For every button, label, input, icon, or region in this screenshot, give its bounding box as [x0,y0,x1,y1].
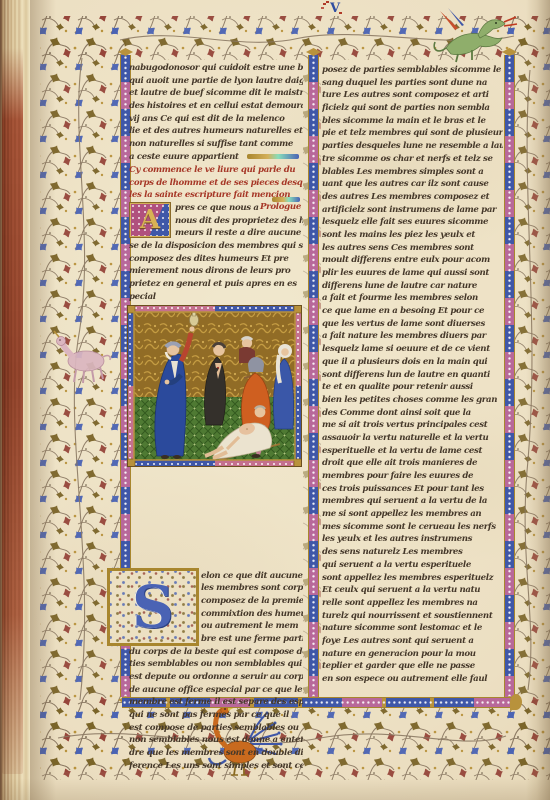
text-line: turelz qui nourrissent et soustiennent [322,610,503,623]
text-line: te et en qualite pour retenir aussi [322,381,503,394]
text-line: composez de la premiere [201,595,303,608]
prologue: Prologue A pres ce que nous anous dit de… [129,202,303,304]
page-right-edge [526,0,550,800]
text-line: les membres sont corps [201,582,303,595]
text-line: prietez en general et puis apres en es [129,278,303,291]
text-line: sont appellez les membres esperituelz [322,572,503,585]
text-line: lie et des autres humeurs naturelles et [129,125,303,138]
text-line: que les vertus de lame sont diuerses [322,318,503,331]
text-line: pecial [129,291,303,304]
text-line: qui ne sont pas fermes par ce que il [129,709,303,722]
text-line: qui auoit une partie de lyon lautre daig… [129,75,303,88]
prologue-label: Prologue [260,202,301,212]
illuminated-initial-s: S [107,568,199,646]
text-line: ficielz qui sont de parties non sembla [322,102,503,115]
text-line: non naturelles si suffise tant comme [129,138,303,151]
text-line: bien les petites choses comme les gran [322,394,503,407]
text-line: a fait nature les membres diuers par [322,330,503,343]
text-line: blables Les membres simples sont a [322,166,503,179]
text-line: teplier et garder que elle ne passe [322,660,503,673]
line-filler [247,154,299,159]
text-line: membres qui seruent a la vertu de la [322,495,503,508]
text-line: dre que les membres sont en double dif [129,747,303,760]
text-line: se de la disposicion des membres qui son… [129,240,303,253]
text-line: assauoir la vertu naturelle et la vertu [322,432,503,445]
miniature-art [127,305,302,467]
text-line: relle sont appellez les membres na [322,597,503,610]
book-spine-edges [0,0,30,800]
initial-letter: S [132,573,174,641]
text-line: nabugodonosor qui cuidoit estre une best… [129,62,303,75]
folio-flourish [323,3,326,5]
text-line: meurs il reste a dire aucune cho [175,227,303,240]
text-line: les autres sens Ces membres sont [322,242,503,255]
text-line: ces trois puissances Et pour tant les [322,483,503,496]
text-line: lesquelz elle fait ses euures sicomme [322,216,503,229]
text-line: bles sicomme la main et le bras et le [322,115,503,128]
text-line: en son espece ou autrement elle faul [322,673,503,686]
text-line: sang duquel les parties sont dune na [322,77,503,90]
text-line: me si sont appellez les membres an [322,508,503,521]
text-line: ture Les autres sont composez et arti [322,89,503,102]
text-line: nature sicomme sont lestomac et le [322,622,503,635]
text-line: Cy commence le ve liure qui parle du [129,164,303,177]
text-line: Et ceulx qui seruent a la vertu natu [322,584,503,597]
text-line: moult differens entre eulx pour acom [322,254,503,267]
selon-section: S elon ce que dit aucuneles membres sont… [129,570,303,773]
text-line: membre est ferme il est separe des espri… [129,696,303,709]
text-line: me si ait trois vertus principales cest [322,419,503,432]
text-line: que il a plusieurs dois en la main qui [322,356,503,369]
text-line: foye Les autres sont qui seruent a [322,635,503,648]
text-line: de aucune office especial par ce que le [129,684,303,697]
miniature [127,305,302,467]
text-line: differens lune de lautre car nature [322,280,503,293]
text-line: non semblables nous est donne a enten [129,734,303,747]
text-line: lesquelz lame si oeuure et de ce vient [322,343,503,356]
text-line: ference Les uns sont simples et sont co [129,760,303,773]
text-line: est compose de parties semblables ou [129,722,303,735]
text-line: des sens naturelz Les membres [322,546,503,559]
illuminated-initial-a: A [129,202,175,240]
text-line: tre sicomme os char et nerfs et telz se [322,153,503,166]
paragraph-beast: nabugodonosor qui cuidoit estre une best… [129,62,303,164]
text-line: vij ans Ce qui est dit de la melenco [129,113,303,126]
text-line: uant que les autres car ilz sont cause [322,178,503,191]
text-line: elon ce que dit aucune [201,570,303,583]
folio-mark: V [330,1,341,16]
text-line: ties semblables ou non semblables qui [129,658,303,671]
text-line: des Comme dont ainsi soit que la [322,407,503,420]
gutter-shadow [30,0,56,800]
text-line: du corps de la beste qui est compose de … [129,646,303,659]
text-line: nature en generacion pour la mou [322,648,503,661]
initial-letter: A [140,205,160,235]
text-line: nous dit des proprietez des hu [175,215,303,228]
text-line: des autres Les membres composez et [322,191,503,204]
text-line: commixtion des humeurs [201,608,303,621]
text-line: pie et telz membres qui sont de plusieur… [322,127,503,140]
text-column-right: posez de parties semblables sicomme lesa… [322,64,503,686]
text-line: sont les mains les piez les yeulx et [322,229,503,242]
bar-center [308,55,319,697]
text-line: ou autrement le mem [201,620,303,633]
text-line: bre est une ferme partie [201,633,303,646]
page-bottom-shade [0,778,550,800]
text-line: corps de lhomme et de ses pieces desque [129,177,303,190]
text-line: composez des dites humeurs Et pre [129,253,303,266]
text-line: membres pour faire les euures de [322,470,503,483]
text-line: posez de parties semblables sicomme le [322,64,503,77]
text-line: droit que elle ait trois manieres de [322,457,503,470]
line-filler [272,197,300,202]
text-line: mierement nous dirons de leurs pro [129,265,303,278]
text-line: qui seruent a la vertu esperituele [322,559,503,572]
text-line: est depute ou ordonne a seruir au corps [129,671,303,684]
text-line: parties desqueles lune ne resemble a lau [322,140,503,153]
text-line: ce que lame en a besoing Et pour ce [322,305,503,318]
text-line: et lautre de buef sicomme dit le maistre [129,87,303,100]
text-line: des histoires et en cellui estat demoura [129,100,303,113]
manuscript-photo: V nabugodonosor qui cuidoit estre une be… [0,0,550,800]
text-line: a fait et fourme les membres selon [322,292,503,305]
text-line: artificielz sont instrumens de lame par [322,204,503,217]
text-line: mes sicomme sont le cerueau les nerfs [322,521,503,534]
bar-right [504,55,515,697]
text-line: sont differens lun de lautre en quanti [322,369,503,382]
text-line: esperituelle et la vertu de lame cest [322,445,503,458]
text-line: plir les euures de lame qui aussi sont [322,267,503,280]
text-line: les yeulx et les autres instrumens [322,533,503,546]
